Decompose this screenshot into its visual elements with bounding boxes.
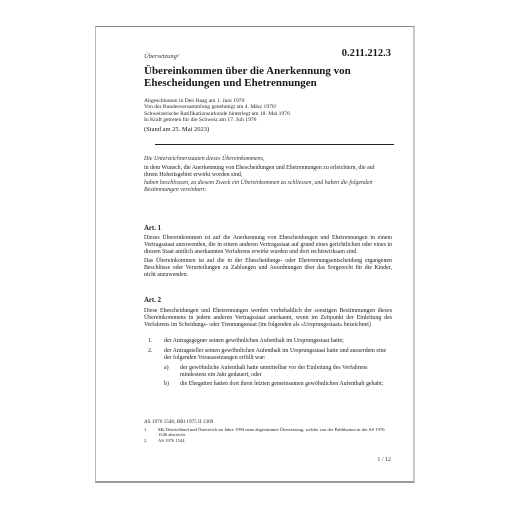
list-item-text: der Antragsgegner seinen gewöhnlichen Au… — [164, 338, 344, 345]
page-number: 1 / 12 — [377, 457, 391, 463]
meta-line: Schweizerische Ratifikationsurkunde hint… — [144, 111, 290, 117]
sr-number: 0.211.212.3 — [342, 48, 391, 59]
footnote-text: AS 1976 1544 — [158, 438, 185, 443]
status-date: (Stand am 25. Mai 2023) — [144, 126, 209, 133]
article-1-paragraph: Das Übereinkommen ist auf die in der Ehe… — [144, 258, 392, 279]
sub-item-letter: b) — [164, 381, 180, 388]
article-1-paragraph: Dieses Übereinkommen ist auf die Anerken… — [144, 235, 392, 256]
article-1-heading: Art. 1 — [144, 225, 161, 232]
list-item: 2. der Antragsteller seinen gewöhnlichen… — [144, 348, 392, 362]
article-2-paragraph: Diese Ehescheidungen und Ehetrennungen w… — [144, 308, 392, 329]
article-2-list: 1. der Antragsgegner seinen gewöhnlichen… — [144, 338, 392, 389]
preamble-intro: Die Unterzeichnerstaaten dieses Übereink… — [144, 156, 384, 163]
translation-label: Übersetzung¹ — [144, 53, 179, 60]
article-2-intro: Diese Ehescheidungen und Ehetrennungen w… — [144, 308, 392, 331]
sub-list-item: a) der gewöhnliche Aufenthalt hatte unmi… — [164, 365, 392, 379]
preamble-resolved: haben beschlossen, zu diesem Zweck ein Ü… — [144, 180, 384, 194]
footnote-number: 1 — [144, 427, 158, 438]
sub-item-text: der gewöhnliche Aufenthalt hatte unmitte… — [180, 365, 392, 379]
meta-line: Von der Bundesversammlung genehmigt am 4… — [144, 104, 290, 110]
footnote: 1 Mit Deutschland und Österreich im Jahr… — [144, 427, 394, 438]
footnote: 2 AS 1976 1544 — [144, 438, 394, 443]
article-1-body: Dieses Übereinkommen ist auf die Anerken… — [144, 235, 392, 281]
preamble-wish: in dem Wunsch, die Anerkennung von Ehesc… — [144, 165, 384, 179]
article-2-heading: Art. 2 — [144, 297, 161, 304]
sub-item-text: die Ehegatten hatten dort ihren letzten … — [180, 381, 383, 388]
sub-list-item: b) die Ehegatten hatten dort ihren letzt… — [164, 381, 392, 388]
document-metadata: Abgeschlossen in Den Haag am 1. Juni 197… — [144, 98, 290, 123]
document-title: Übereinkommen über die Anerkennung von E… — [144, 65, 394, 89]
list-item-number: 2. — [144, 348, 164, 362]
preamble: Die Unterzeichnerstaaten dieses Übereink… — [144, 156, 384, 194]
sub-item-letter: a) — [164, 365, 180, 379]
list-item-text: der Antragsteller seinen gewöhnlichen Au… — [164, 348, 392, 362]
list-item-number: 1. — [144, 338, 164, 345]
footnotes: 1 Mit Deutschland und Österreich im Jahr… — [144, 427, 394, 443]
document-page: Übersetzung¹ 0.211.212.3 Übereinkommen ü… — [95, 26, 415, 483]
header-divider — [155, 144, 394, 145]
footnote-text: Mit Deutschland und Österreich im Jahre … — [158, 427, 394, 438]
list-item: 1. der Antragsgegner seinen gewöhnlichen… — [144, 338, 392, 345]
footnote-number: 2 — [144, 438, 158, 443]
source-reference: AS 1976 1546; BBl 1975 II 1369 — [144, 419, 213, 425]
meta-line: In Kraft getreten für die Schweiz am 17.… — [144, 117, 290, 123]
